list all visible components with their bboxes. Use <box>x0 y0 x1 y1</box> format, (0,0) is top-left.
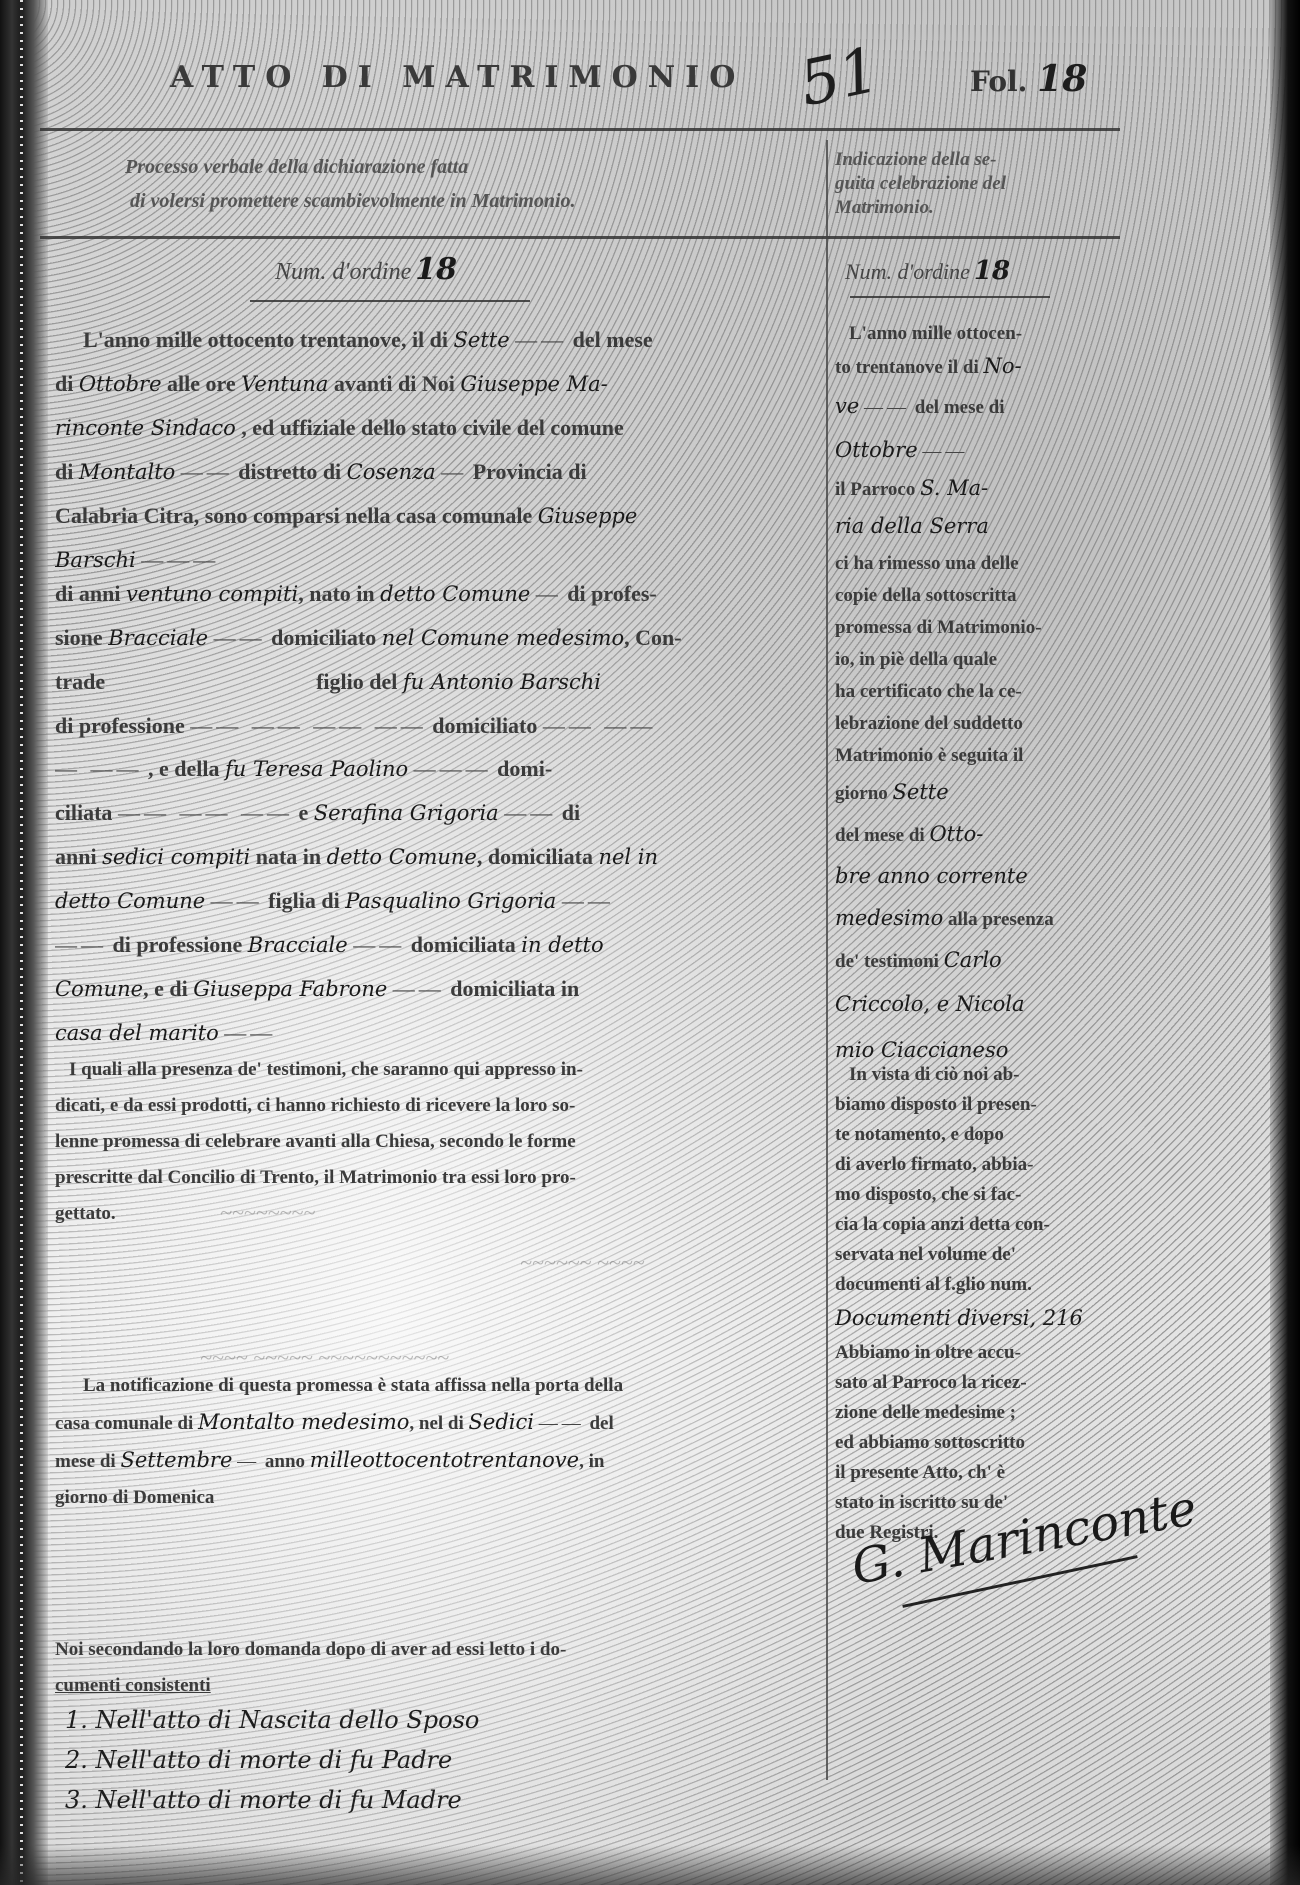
text-line: sione Bracciale —— domiciliato nel Comun… <box>55 616 825 660</box>
text-line: — —— , e della fu Teresa Paolino ——— dom… <box>55 747 825 791</box>
num-ordine-label: Num. d'ordine <box>845 259 970 284</box>
text-line: io, in piè della quale <box>835 644 1100 676</box>
left-header-line: Processo verbale della dichiarazione fat… <box>55 150 825 184</box>
text-line: bre anno corrente <box>835 856 1100 898</box>
num-ordine-underline <box>250 300 530 302</box>
text-line: to trentanove il di No- <box>835 350 1100 384</box>
num-ordine-label: Num. d'ordine <box>275 259 411 285</box>
right-header: Indicazione della se- guita celebrazione… <box>835 148 1100 220</box>
text-line: casa del marito —— <box>55 1011 825 1055</box>
text-line: ed abbiamo sottoscritto <box>835 1428 1100 1458</box>
num-ordine-value: 18 <box>415 252 457 287</box>
text-line: ci ha rimesso una delle <box>835 548 1100 580</box>
folio-label: Fol. <box>970 65 1027 98</box>
num-ordine-underline <box>850 296 1050 298</box>
right-celebration-text: L'anno mille ottocen- to trentanove il d… <box>835 318 1100 1074</box>
text-line: ha certificato che la ce- <box>835 676 1100 708</box>
text-line: Documenti diversi, 216 <box>835 1300 1100 1338</box>
text-line: lenne promessa di celebrare avanti alla … <box>55 1124 825 1160</box>
text-line: il presente Atto, ch' è <box>835 1458 1100 1488</box>
document-list-item: 2. Nell'atto di morte di fu Padre <box>65 1740 825 1780</box>
text-line: Noi secondando la loro domanda dopo di a… <box>55 1632 825 1668</box>
column-divider <box>826 140 828 1780</box>
text-line: L'anno mille ottocen- <box>835 318 1100 350</box>
right-num-ordine: Num. d'ordine 18 <box>835 256 1100 286</box>
right-header-line: Indicazione della se- <box>835 148 1100 172</box>
text-line: Calabria Citra, sono comparsi nella casa… <box>55 494 825 538</box>
text-line: medesimo alla presenza <box>835 898 1100 940</box>
text-line: del mese di Otto- <box>835 814 1100 856</box>
text-line: Abbiamo in oltre accu- <box>835 1338 1100 1368</box>
header-rule-top <box>40 128 1120 131</box>
page-bottom-edge <box>0 1845 1300 1885</box>
text-line: giorno Sette <box>835 772 1100 814</box>
paragraph-declaration: L'anno mille ottocento trentanove, il di… <box>55 318 825 582</box>
num-ordine-value: 18 <box>974 256 1010 286</box>
page-right-edge <box>1270 0 1300 1885</box>
left-header: Processo verbale della dichiarazione fat… <box>55 150 825 218</box>
text-line: detto Comune —— figlia di Pasqualino Gri… <box>55 879 825 923</box>
text-line: documenti al f.glio num. <box>835 1270 1100 1300</box>
folio-marker: Fol. 18 <box>970 58 1087 100</box>
paragraph-notification: La notificazione di questa promessa è st… <box>55 1368 825 1516</box>
text-line: In vista di ciò noi ab- <box>835 1060 1100 1090</box>
document-title: ATTO DI MATRIMONIO <box>170 60 745 95</box>
text-line: gettato. <box>55 1196 825 1232</box>
text-line: cia la copia anzi detta con- <box>835 1210 1100 1240</box>
left-header-line: di volersi promettere scambievolmente in… <box>55 184 825 218</box>
text-line: La notificazione di questa promessa è st… <box>55 1368 825 1404</box>
folio-number: 18 <box>1037 58 1087 100</box>
text-line: anni sedici compiti nata in detto Comune… <box>55 835 825 879</box>
text-line: promessa di Matrimonio- <box>835 612 1100 644</box>
text-line: ria della Serra <box>835 506 1100 548</box>
right-header-line: Matrimonio. <box>835 196 1100 220</box>
document-list-item: 1. Nell'atto di Nascita dello Sposo <box>65 1700 825 1740</box>
paragraph-spouses: di anni ventuno compiti, nato in detto C… <box>55 572 825 1055</box>
book-binding-edge <box>0 0 48 1885</box>
paragraph-documents: Noi secondando la loro domanda dopo di a… <box>55 1632 825 1704</box>
show-through-ink: ~~~~~~~~ <box>220 1200 315 1226</box>
text-line: I quali alla presenza de' testimoni, che… <box>55 1052 825 1088</box>
right-header-line: guita celebrazione del <box>835 172 1100 196</box>
text-line: copie della sottoscritta <box>835 580 1100 612</box>
document-list-item: 3. Nell'atto di morte di fu Madre <box>65 1780 825 1820</box>
text-line: il Parroco S. Ma- <box>835 472 1100 506</box>
text-line: L'anno mille ottocento trentanove, il di… <box>55 318 825 362</box>
left-num-ordine: Num. d'ordine 18 <box>55 252 825 287</box>
text-line: di professione —— —— —— —— domiciliato —… <box>55 704 825 747</box>
header-rule-bottom <box>40 236 1120 239</box>
show-through-ink: ~~~~~~ ~~~~ <box>520 1250 645 1276</box>
text-line: di anni ventuno compiti, nato in detto C… <box>55 572 825 616</box>
text-line: Comune, e di Giuseppa Fabrone —— domicil… <box>55 967 825 1011</box>
text-line: trade figlio del fu Antonio Barschi <box>55 660 825 704</box>
text-line: te notamento, e dopo <box>835 1120 1100 1150</box>
text-line: ciliata —— —— —— e Serafina Grigoria —— … <box>55 791 825 835</box>
right-registration-text: In vista di ciò noi ab- biamo disposto i… <box>835 1060 1100 1548</box>
text-line: mo disposto, che si fac- <box>835 1180 1100 1210</box>
text-line: mese di Settembre — anno milleottocentot… <box>55 1442 825 1480</box>
text-line: Matrimonio è seguita il <box>835 740 1100 772</box>
text-line: cumenti consistenti <box>55 1668 825 1704</box>
text-line: di averlo firmato, abbia- <box>835 1150 1100 1180</box>
text-line: di Ottobre alle ore Ventuna avanti di No… <box>55 362 825 406</box>
text-line: rinconte Sindaco , ed uffiziale dello st… <box>55 406 825 450</box>
text-line: ve —— del mese di <box>835 384 1100 430</box>
text-line: casa comunale di Montalto medesimo, nel … <box>55 1404 825 1442</box>
paragraph-promise: I quali alla presenza de' testimoni, che… <box>55 1052 825 1232</box>
text-line: dicati, e da essi prodotti, ci hanno ric… <box>55 1088 825 1124</box>
text-line: prescritte dal Concilio di Trento, il Ma… <box>55 1160 825 1196</box>
text-line: —— di professione Bracciale —— domicilia… <box>55 923 825 967</box>
text-line: giorno di Domenica <box>55 1480 825 1516</box>
text-line: lebrazione del suddetto <box>835 708 1100 740</box>
text-line: Criccolo, e Nicola <box>835 982 1100 1028</box>
text-line: di Montalto —— distretto di Cosenza — Pr… <box>55 450 825 494</box>
text-line: servata nel volume de' <box>835 1240 1100 1270</box>
document-list: 1. Nell'atto di Nascita dello Sposo 2. N… <box>55 1700 825 1820</box>
text-line: zione delle medesime ; <box>835 1398 1100 1428</box>
text-line: Ottobre —— <box>835 430 1100 472</box>
text-line: sato al Parroco la ricez- <box>835 1368 1100 1398</box>
text-line: biamo disposto il presen- <box>835 1090 1100 1120</box>
text-line: de' testimoni Carlo <box>835 940 1100 982</box>
